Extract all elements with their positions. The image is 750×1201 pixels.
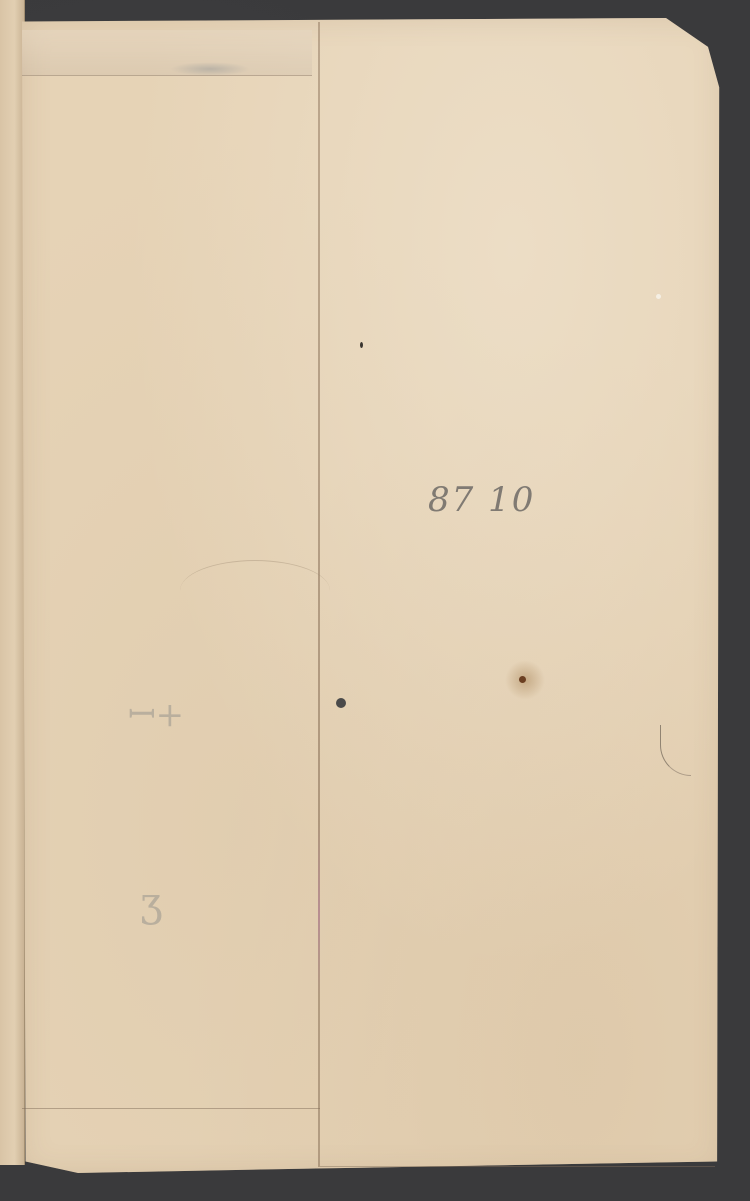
adjacent-page-edge	[0, 0, 25, 1165]
top-flap-stain	[170, 62, 250, 76]
bleed-through-mark: ʒ	[140, 880, 163, 926]
bleed-through-mark: ꟷ+	[128, 690, 184, 736]
paper-speck	[656, 294, 661, 299]
paper-crease	[180, 560, 330, 621]
bottom-fold-line	[22, 1108, 320, 1109]
pencil-shelfmark: 87 10	[428, 480, 535, 520]
ink-speck	[360, 342, 363, 348]
bottom-edge-line	[320, 1166, 715, 1167]
top-folded-flap	[22, 30, 312, 76]
ink-speck	[519, 676, 526, 683]
paper-leaf	[22, 18, 722, 1173]
ink-speck	[336, 698, 346, 708]
